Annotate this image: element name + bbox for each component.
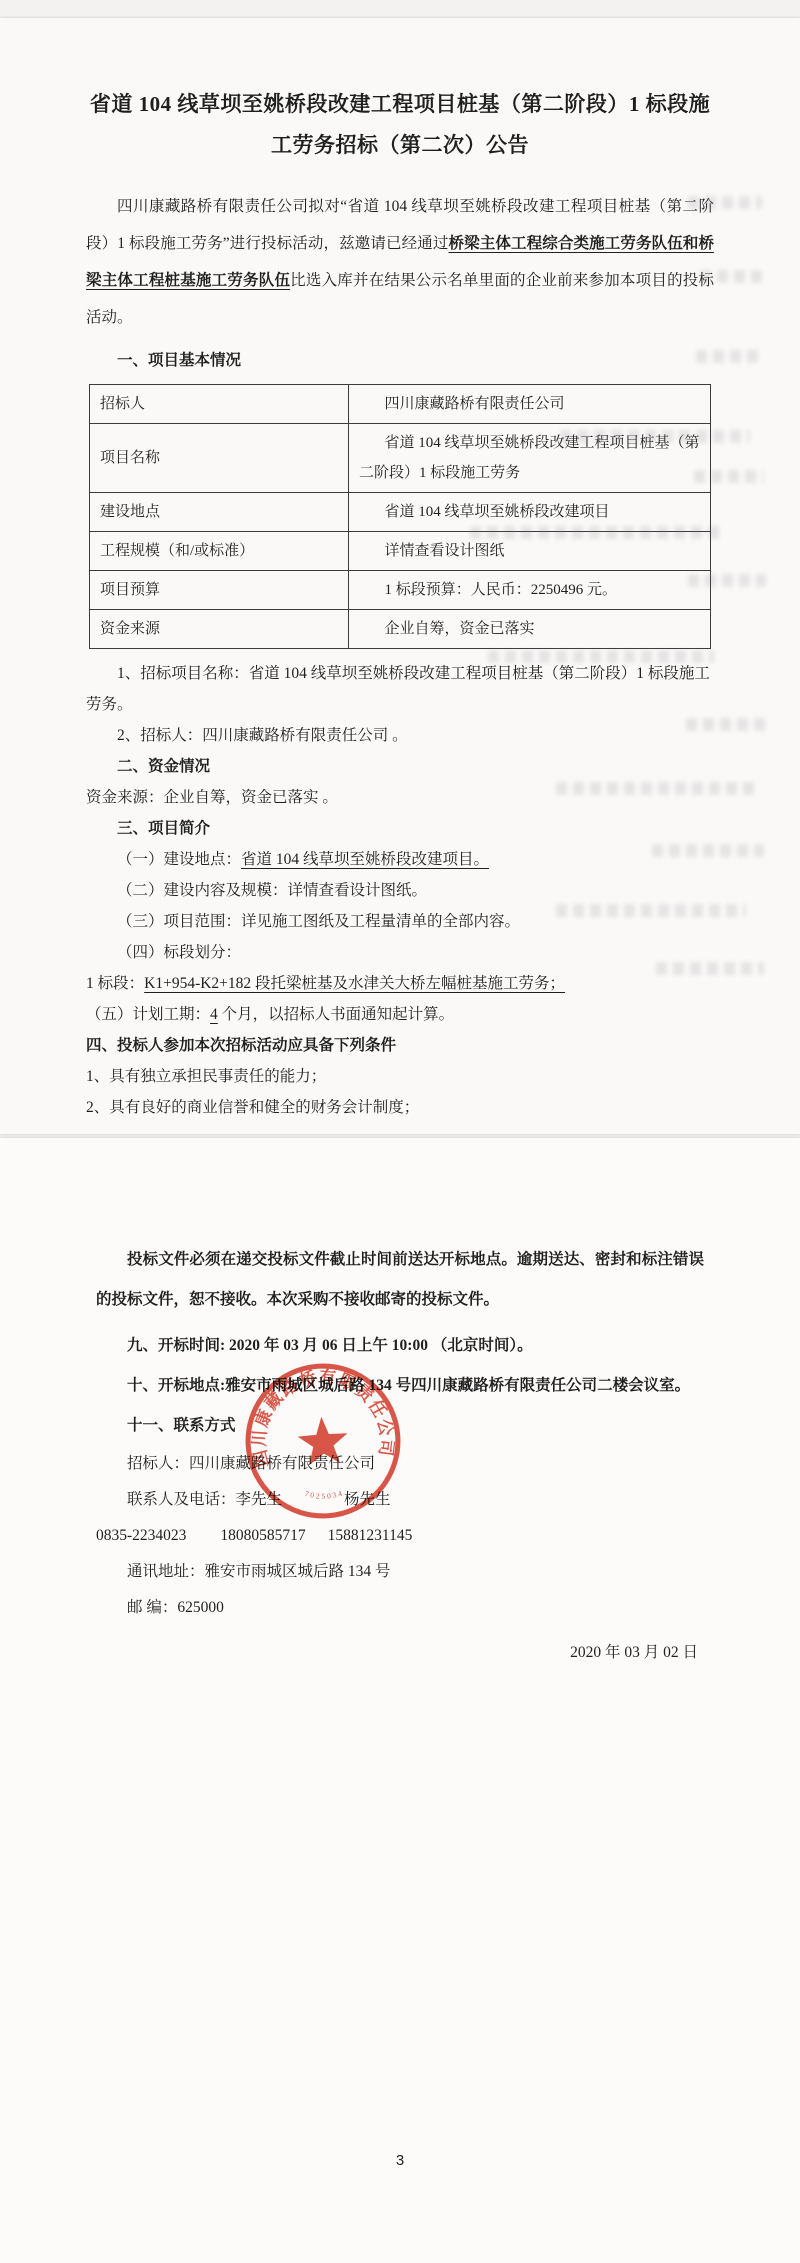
bleed-through-noise <box>556 904 746 917</box>
open-place-line: 十、开标地点:雅安市雨城区城后路 134 号四川康藏路桥有限责任公司二楼会议室。 <box>96 1366 704 1406</box>
condition-2: 2、具有良好的商业信誉和健全的财务会计制度； <box>86 1092 714 1123</box>
contact-postcode-line: 邮 编：625000 <box>96 1590 704 1626</box>
condition-1: 1、具有独立承担民事责任的能力； <box>86 1061 714 1092</box>
table-row: 资金来源 企业自筹，资金已落实 <box>90 610 711 649</box>
item-rest: 个月，以招标人书面通知起计算。 <box>218 1006 454 1023</box>
bleed-through-noise <box>696 350 762 363</box>
bleed-through-noise <box>560 430 750 443</box>
contact-tenderer-line: 招标人：四川康藏路桥有限责任公司 <box>96 1446 704 1482</box>
contact-address-line: 通讯地址：雅安市雨城区城后路 134 号 <box>96 1554 704 1590</box>
overview-item-duration: （五）计划工期：4 个月，以招标人书面通知起计算。 <box>86 999 714 1030</box>
note-project-name: 1、招标项目名称：省道 104 线草坝至姚桥段改建工程项目桩基（第二阶段）1 标… <box>86 658 714 720</box>
bleed-through-noise <box>700 270 762 283</box>
deadline-paragraph: 投标文件必须在递交投标文件截止时间前送达开标地点。逾期送达、密封和标注错误的投标… <box>96 1240 704 1320</box>
lot-label: 1 标段： <box>86 975 144 992</box>
bleed-through-noise <box>688 196 762 209</box>
note-tenderer: 2、招标人：四川康藏路桥有限责任公司 。 <box>86 720 714 751</box>
row-label: 招标人 <box>90 385 349 424</box>
section-heading-requirements: 四、投标人参加本次招标活动应具备下列条件 <box>86 1030 714 1061</box>
bleed-through-noise <box>694 470 764 483</box>
section-heading-basic-info: 一、项目基本情况 <box>86 344 714 378</box>
open-place-label: 十、开标地点: <box>127 1377 225 1394</box>
bleed-through-noise <box>688 574 766 587</box>
item-label: （五）计划工期： <box>86 1006 210 1023</box>
table-row: 项目预算 1 标段预算：人民币：2250496 元。 <box>90 571 711 610</box>
contact-person-line: 联系人及电话：李先生杨先生 <box>96 1482 704 1518</box>
bleed-through-noise <box>488 650 714 663</box>
duration-underlined: 4 <box>210 1006 218 1023</box>
date-line: 2020 年 03 月 02 日 <box>96 1640 704 1662</box>
section-heading-overview: 三、项目简介 <box>86 813 714 844</box>
row-label: 工程规模（和/或标准） <box>90 532 349 571</box>
phone-3: 15881231145 <box>328 1527 413 1544</box>
bleed-through-noise <box>656 962 764 975</box>
contact-phone-line: 0835-22340231808058571715881231145 <box>96 1518 704 1554</box>
row-label: 项目名称 <box>90 424 349 493</box>
open-place-value: 雅安市雨城区城后路 134 号四川康藏路桥有限责任公司二楼会议室。 <box>225 1377 690 1394</box>
contact-person-2: 杨先生 <box>344 1491 391 1508</box>
contact-person-1: 李先生 <box>236 1491 283 1508</box>
page-title: 省道 104 线草坝至姚桥段改建工程项目桩基（第二阶段）1 标段施工劳务招标（第… <box>86 84 714 166</box>
bleed-through-noise <box>686 718 766 731</box>
contact-heading: 十一、联系方式 <box>96 1406 704 1446</box>
phone-1: 0835-2234023 <box>96 1527 186 1544</box>
lot-value-underlined: K1+954-K2+182 段托梁桩基及水津关大桥左幅桩基施工劳务； <box>144 975 565 992</box>
open-time-value: 2020 年 03 月 06 日上午 10:00 （北京时间）。 <box>225 1337 532 1354</box>
bleed-through-noise <box>556 782 756 795</box>
phone-2: 18080585717 <box>220 1527 305 1544</box>
section-heading-funds: 二、资金情况 <box>86 751 714 782</box>
open-time-label: 九、开标时间: <box>127 1337 225 1354</box>
lot-1-line: 1 标段：K1+954-K2+182 段托梁桩基及水津关大桥左幅桩基施工劳务； <box>86 968 714 999</box>
item-label: （一）建设地点： <box>117 851 241 868</box>
item-value-underlined: 省道 104 线草坝至姚桥段改建项目。 <box>241 851 489 868</box>
intro-paragraph: 四川康藏路桥有限责任公司拟对“省道 104 线草坝至姚桥段改建工程项目桩基（第二… <box>86 188 714 336</box>
row-value: 企业自筹，资金已落实 <box>349 610 711 649</box>
scanned-document: 省道 104 线草坝至姚桥段改建工程项目桩基（第二阶段）1 标段施工劳务招标（第… <box>0 0 800 2263</box>
overview-item-scale: （二）建设内容及规模：详情查看设计图纸。 <box>86 875 714 906</box>
document-page-2: 投标文件必须在递交投标文件截止时间前送达开标地点。逾期送达、密封和标注错误的投标… <box>0 1138 800 2263</box>
open-time-line: 九、开标时间: 2020 年 03 月 06 日上午 10:00 （北京时间）。 <box>96 1326 704 1366</box>
contact-person-label: 联系人及电话： <box>127 1491 236 1508</box>
bleed-through-noise <box>470 526 720 539</box>
row-label: 项目预算 <box>90 571 349 610</box>
row-value: 1 标段预算：人民币：2250496 元。 <box>349 571 711 610</box>
bleed-through-noise <box>652 844 764 857</box>
project-info-table: 招标人 四川康藏路桥有限责任公司 项目名称 省道 104 线草坝至姚桥段改建工程… <box>89 384 711 649</box>
row-value: 四川康藏路桥有限责任公司 <box>349 385 711 424</box>
overview-item-lots: （四）标段划分： <box>86 937 714 968</box>
row-label: 资金来源 <box>90 610 349 649</box>
overview-item-location: （一）建设地点：省道 104 线草坝至姚桥段改建项目。 <box>86 844 714 875</box>
page-number: 3 <box>0 2152 800 2169</box>
table-row: 招标人 四川康藏路桥有限责任公司 <box>90 385 711 424</box>
row-label: 建设地点 <box>90 493 349 532</box>
document-page-1: 省道 104 线草坝至姚桥段改建工程项目桩基（第二阶段）1 标段施工劳务招标（第… <box>0 18 800 1134</box>
